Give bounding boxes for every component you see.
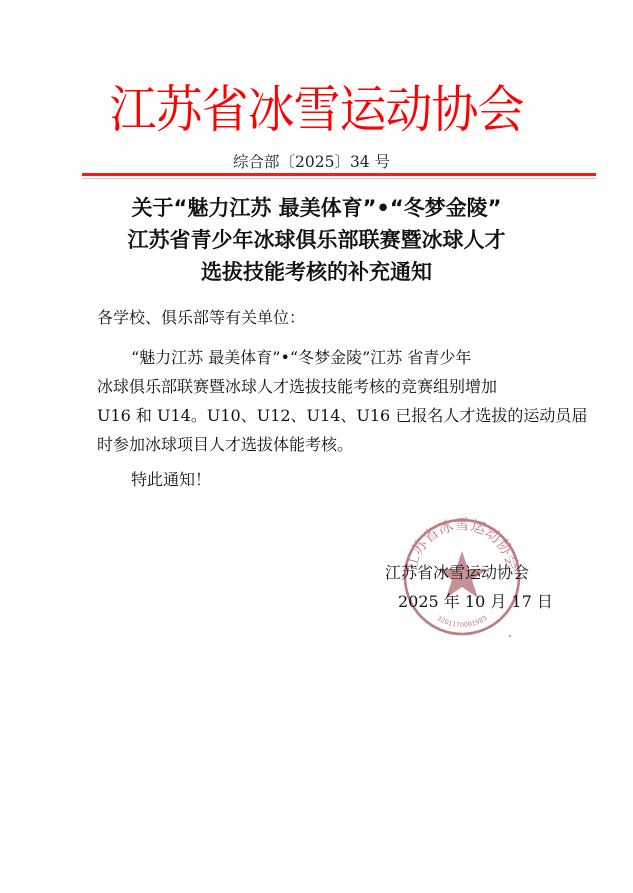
- body-line-1: “魅力江苏 最美体育”•“冬梦金陵”江苏 省青少年: [97, 343, 541, 372]
- document-page: 江苏省冰雪运动协会 综合部〔2025〕34 号 关于“魅力江苏 最美体育”•“冬…: [0, 0, 633, 893]
- seal-code: 3201170091983: [435, 614, 488, 629]
- signature-organization: 江苏省冰雪运动协会: [385, 561, 529, 585]
- salutation: 各学校、俱乐部等有关单位：: [97, 306, 305, 330]
- scan-speck: [509, 635, 511, 637]
- closing-remark: 特此通知！: [131, 468, 211, 492]
- body-line-4: 时参加冰球项目人才选拔体能考核。: [97, 430, 541, 459]
- body-line-2: 冰球俱乐部联赛暨冰球人才选拔技能考核的竞赛组别增加: [97, 372, 541, 401]
- body-line-3: U16 和 U14。U10、U12、U14、U16 已报名人才选拔的运动员届: [97, 401, 541, 430]
- document-number: 综合部〔2025〕34 号: [233, 151, 390, 173]
- notice-title-line-1: 关于“魅力江苏 最美体育”•“冬梦金陵”: [60, 192, 573, 224]
- svg-text:3201170091983: 3201170091983: [435, 614, 488, 629]
- signature-date: 2025 年 10 月 17 日: [398, 590, 553, 614]
- notice-title-line-2: 江苏省青少年冰球俱乐部联赛暨冰球人才: [60, 224, 573, 256]
- notice-title: 关于“魅力江苏 最美体育”•“冬梦金陵” 江苏省青少年冰球俱乐部联赛暨冰球人才 …: [60, 192, 573, 288]
- organization-masthead: 江苏省冰雪运动协会: [0, 78, 633, 145]
- body-paragraph: “魅力江苏 最美体育”•“冬梦金陵”江苏 省青少年 冰球俱乐部联赛暨冰球人才选拔…: [97, 343, 541, 459]
- red-divider-thin: [82, 178, 596, 179]
- red-divider-thick: [82, 173, 596, 176]
- notice-title-line-3: 选拔技能考核的补充通知: [60, 256, 573, 288]
